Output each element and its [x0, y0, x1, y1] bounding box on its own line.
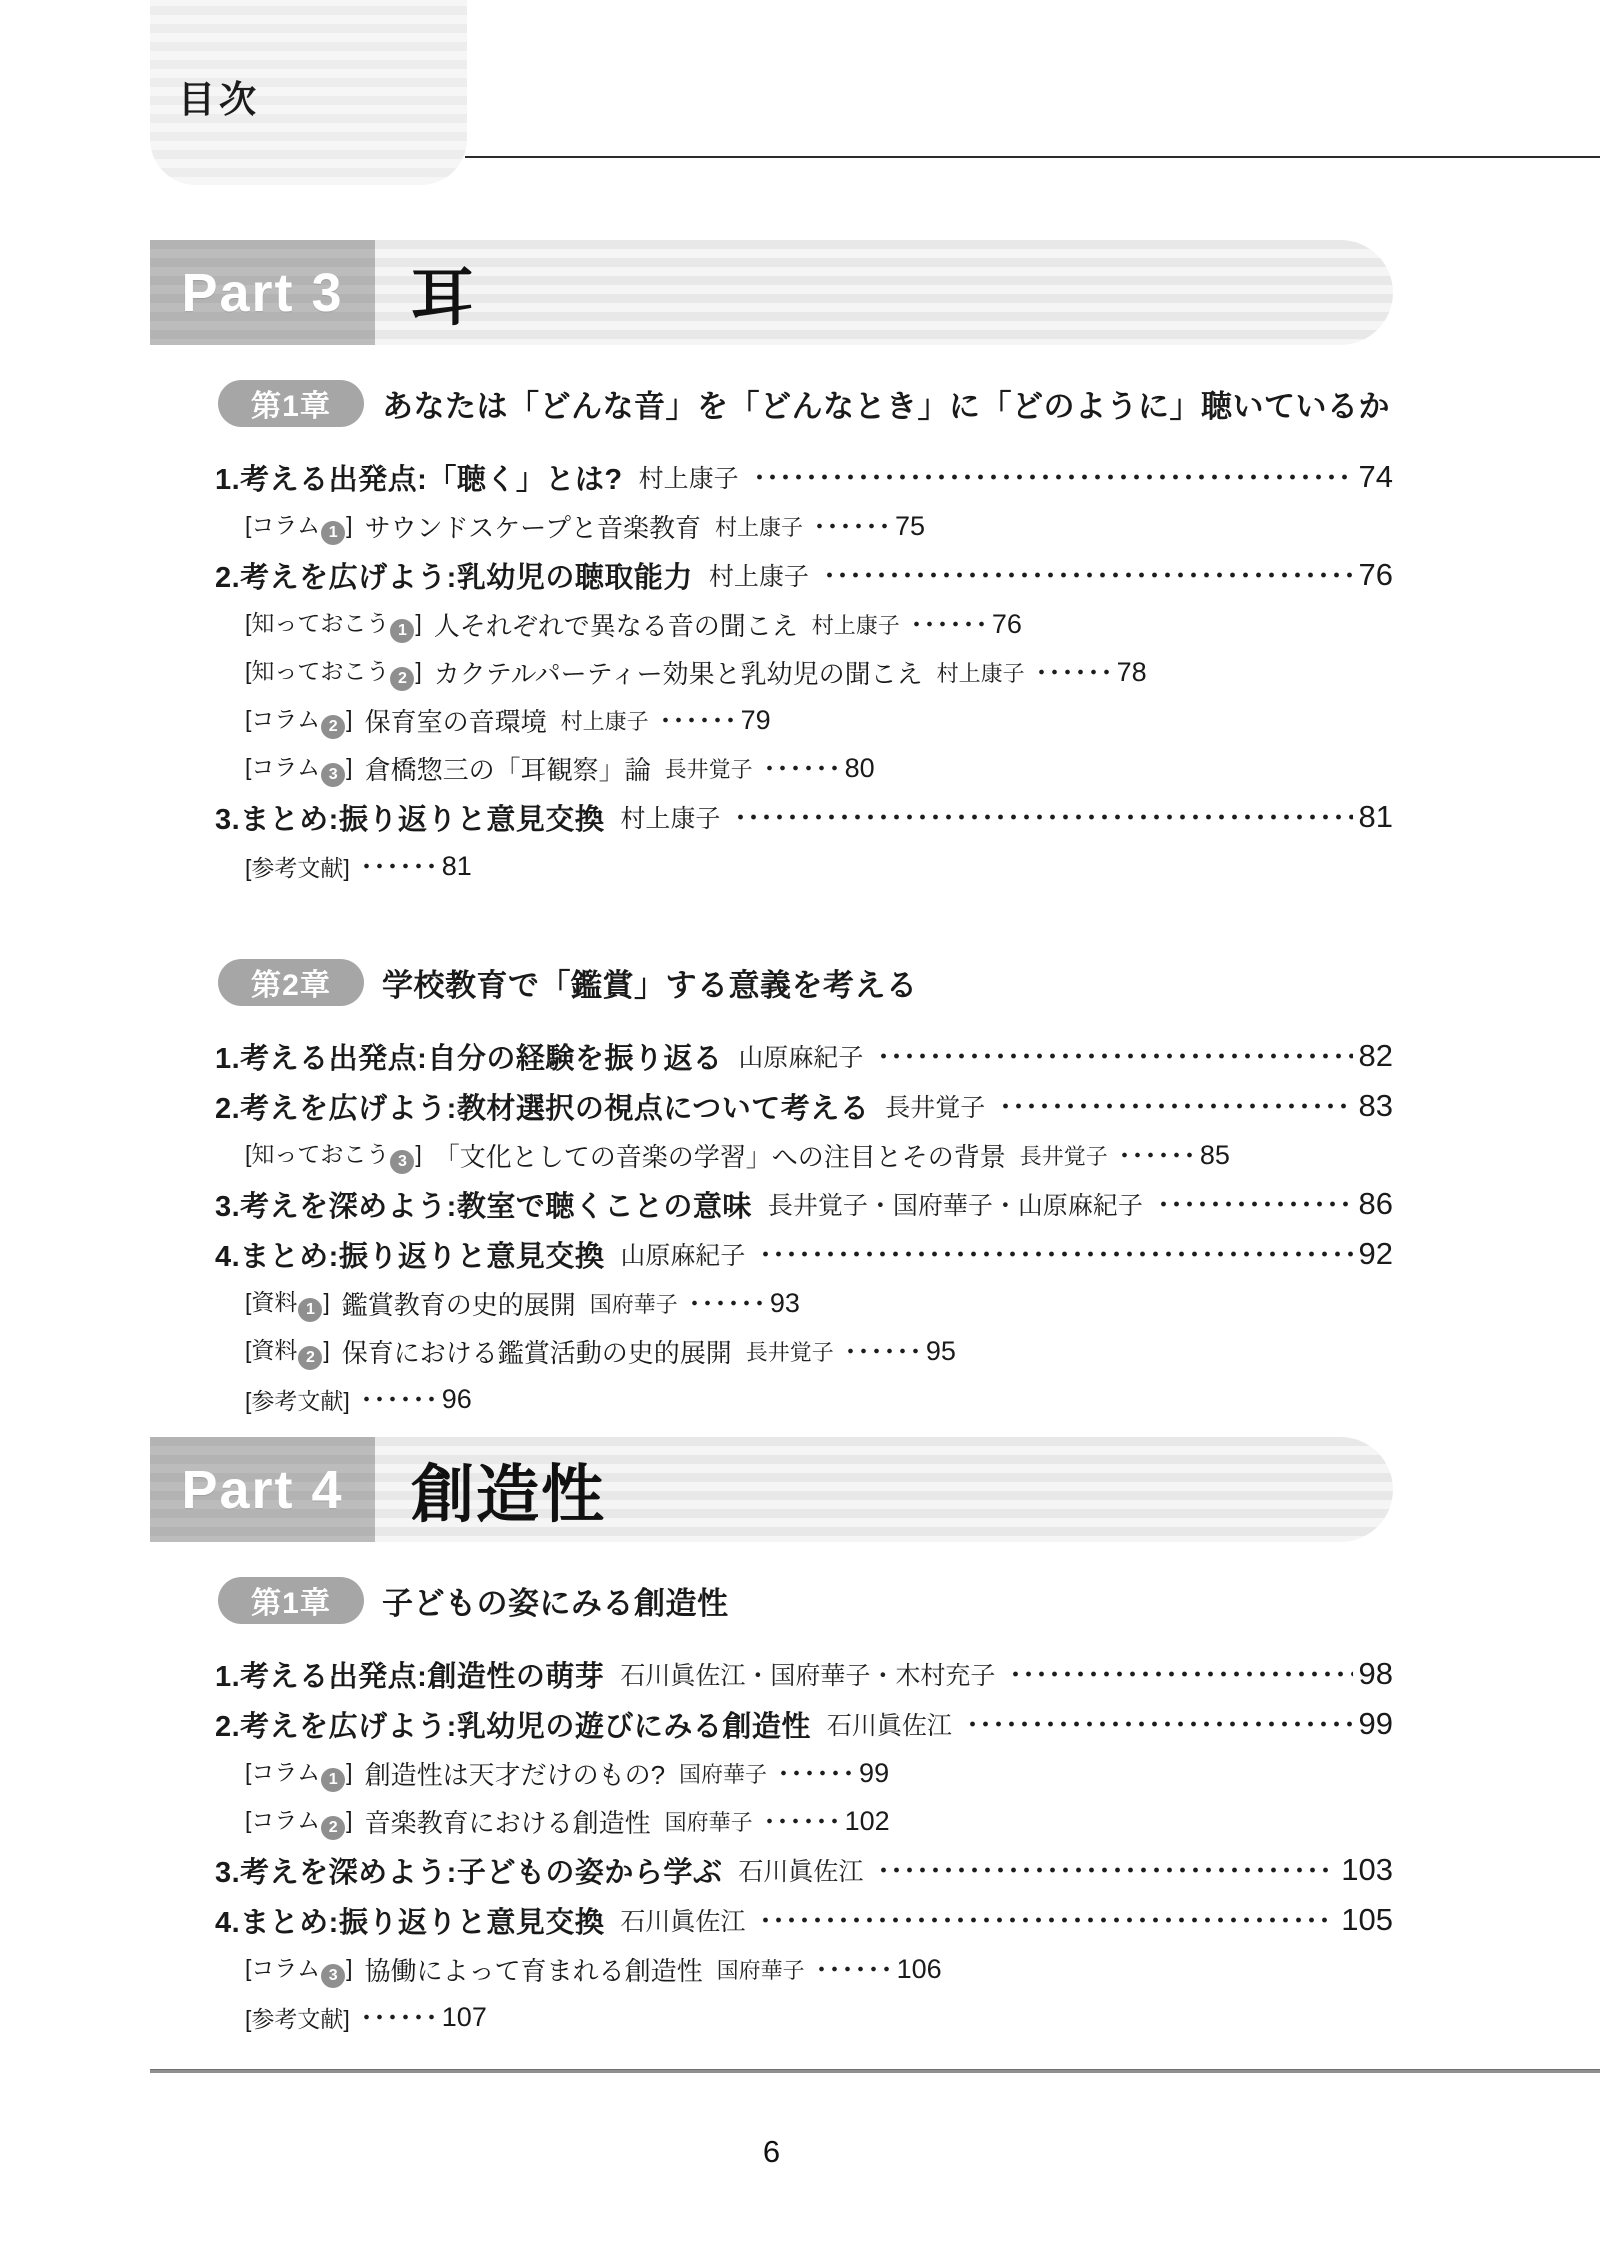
subentry-title: 創造性は天才だけのもの? — [365, 1755, 665, 1792]
subentry-page: 81 — [442, 851, 472, 882]
entry-author: 山原麻紀子 — [620, 1236, 745, 1272]
dot-leader — [759, 1913, 1335, 1927]
toc-entry: 2.考えを広げよう:乳幼児の遊びにみる創造性 石川眞佐江 99 — [215, 1699, 1393, 1749]
dot-leader — [777, 1766, 857, 1780]
subentry-title: 倉橋惣三の「耳観察」論 — [365, 750, 651, 787]
toc-entry: 1.考える出発点:「聴く」とは? 村上康子 74 — [215, 452, 1393, 502]
dot-leader — [759, 1247, 1352, 1261]
subentry-tag: [コラム1] — [245, 507, 353, 545]
entry-page: 98 — [1359, 1656, 1393, 1692]
chapter-heading: 第1章 あなたは「どんな音」を「どんなとき」に「どのように」聴いているか — [218, 379, 1393, 427]
subentry-tag: [コラム2] — [245, 1802, 353, 1840]
entry-title: 3.考えを深めよう:教室で聴くことの意味 — [215, 1184, 752, 1225]
circled-number: 2 — [321, 1816, 345, 1840]
entry-author: 村上康子 — [639, 459, 739, 495]
entry-title: 2.考えを広げよう:乳幼児の遊びにみる創造性 — [215, 1704, 811, 1745]
subentry-tag: [コラム1] — [245, 1754, 353, 1792]
subentry-author: 長井覚子 — [746, 1336, 834, 1367]
dot-leader — [844, 1344, 924, 1358]
circled-number: 3 — [321, 763, 345, 787]
entry-page: 103 — [1341, 1852, 1393, 1888]
footer-rule — [150, 2069, 1600, 2073]
circled-number: 2 — [390, 667, 414, 691]
subentry-title: 協働によって育まれる創造性 — [365, 1951, 703, 1988]
entry-title: 1.考える出発点:「聴く」とは? — [215, 457, 623, 498]
dot-leader — [813, 519, 893, 533]
toc-entry: 2.考えを広げよう:乳幼児の聴取能力 村上康子 76 — [215, 550, 1393, 600]
subentry-page: 76 — [992, 609, 1022, 640]
dot-leader — [999, 1099, 1352, 1113]
circled-number: 3 — [390, 1150, 414, 1174]
entry-page: 82 — [1359, 1038, 1393, 1074]
dot-leader — [1009, 1667, 1352, 1681]
entry-list: 1.考える出発点:「聴く」とは? 村上康子 74 [コラム1] サウンドスケープ… — [150, 452, 1393, 890]
subentry-author: 国府華子 — [717, 1954, 805, 1985]
entry-page: 99 — [1359, 1706, 1393, 1742]
subentry-page: 75 — [895, 511, 925, 542]
dot-leader — [877, 1049, 1352, 1063]
dot-leader — [877, 1863, 1335, 1877]
toc-entry: 1.考える出発点:創造性の萌芽 石川眞佐江・国府華子・木村充子 98 — [215, 1649, 1393, 1699]
subentry-page: 79 — [741, 705, 771, 736]
entry-title: 2.考えを広げよう:教材選択の視点について考える — [215, 1086, 869, 1127]
toc-subentry: [コラム2] 音楽教育における創造性 国府華子 102 — [245, 1797, 1393, 1845]
dot-leader — [753, 470, 1353, 484]
subentry-page: 78 — [1117, 657, 1147, 688]
entry-title: 1.考える出発点:創造性の萌芽 — [215, 1654, 604, 1695]
toc-content: Part 3 耳 第1章 あなたは「どんな音」を「どんなとき」に「どのように」聴… — [150, 240, 1393, 2041]
entry-list: 1.考える出発点:創造性の萌芽 石川眞佐江・国府華子・木村充子 98 2.考えを… — [150, 1649, 1393, 2041]
subentry-author: 長井覚子 — [1020, 1140, 1108, 1171]
toc-subentry: [コラム1] サウンドスケープと音楽教育 村上康子 75 — [245, 502, 1393, 550]
subentry-title: サウンドスケープと音楽教育 — [365, 508, 701, 545]
entry-list: 1.考える出発点:自分の経験を振り返る 山原麻紀子 82 2.考えを広げよう:教… — [150, 1031, 1393, 1423]
reference-tag: [参考文献] — [245, 1383, 350, 1416]
subentry-page: 95 — [926, 1336, 956, 1367]
subentry-title: 保育室の音環境 — [365, 702, 547, 739]
toc-entry: 4.まとめ:振り返りと意見交換 山原麻紀子 92 — [215, 1229, 1393, 1279]
entry-author: 石川眞佐江 — [620, 1902, 745, 1938]
toc-entry: 4.まとめ:振り返りと意見交換 石川眞佐江 105 — [215, 1895, 1393, 1945]
entry-title: 4.まとめ:振り返りと意見交換 — [215, 1234, 604, 1275]
circled-number: 1 — [390, 619, 414, 643]
toc-header-tab: 目次 — [150, 0, 467, 185]
subentry-tag: [コラム3] — [245, 1950, 353, 1988]
toc-reference: [参考文献] 107 — [245, 1993, 1393, 2041]
part-label: Part 4 — [181, 1459, 343, 1521]
entry-author: 長井覚子・国府華子・山原麻紀子 — [768, 1186, 1143, 1222]
toc-entry: 1.考える出発点:自分の経験を振り返る 山原麻紀子 82 — [215, 1031, 1393, 1081]
subentry-author: 長井覚子 — [665, 753, 753, 784]
subentry-tag: [知っておこう2] — [245, 653, 422, 691]
chapter-title: あなたは「どんな音」を「どんなとき」に「どのように」聴いているか — [382, 381, 1390, 426]
circled-number: 2 — [298, 1346, 322, 1370]
toc-reference: [参考文献] 96 — [245, 1375, 1393, 1423]
part-band: Part 3 耳 — [150, 240, 1393, 345]
dot-leader — [815, 1962, 895, 1976]
dot-leader — [1118, 1148, 1198, 1162]
subentry-tag: [知っておこう3] — [245, 1136, 422, 1174]
subentry-tag: [知っておこう1] — [245, 605, 422, 643]
part-label-box: Part 4 — [150, 1437, 375, 1542]
entry-page: 81 — [1359, 799, 1393, 835]
subentry-page: 106 — [897, 1954, 942, 1985]
dot-leader — [966, 1717, 1353, 1731]
dot-leader — [734, 810, 1352, 824]
dot-leader — [763, 1814, 843, 1828]
circled-number: 1 — [321, 521, 345, 545]
entry-author: 村上康子 — [620, 799, 720, 835]
part-label-box: Part 3 — [150, 240, 375, 345]
chapter-heading: 第2章 学校教育で「鑑賞」する意義を考える — [218, 958, 1393, 1006]
entry-author: 村上康子 — [709, 557, 809, 593]
entry-page: 76 — [1359, 557, 1393, 593]
toc-subentry: [コラム3] 倉橋惣三の「耳観察」論 長井覚子 80 — [245, 744, 1393, 792]
subentry-tag: [コラム2] — [245, 701, 353, 739]
part-title: 耳 — [411, 247, 476, 338]
part-title: 創造性 — [411, 1444, 606, 1535]
entry-author: 山原麻紀子 — [738, 1038, 863, 1074]
toc-reference: [参考文献] 81 — [245, 842, 1393, 890]
subentry-tag: [コラム3] — [245, 749, 353, 787]
dot-leader — [360, 859, 440, 873]
dot-leader — [360, 2010, 440, 2024]
reference-tag: [参考文献] — [245, 2001, 350, 2034]
toc-entry: 2.考えを広げよう:教材選択の視点について考える 長井覚子 83 — [215, 1081, 1393, 1131]
chapter-title: 子どもの姿にみる創造性 — [382, 1578, 729, 1623]
entry-title: 3.考えを深めよう:子どもの姿から学ぶ — [215, 1850, 722, 1891]
chapter-badge: 第1章 — [218, 1577, 364, 1624]
subentry-author: 村上康子 — [561, 705, 649, 736]
part-band: Part 4 創造性 — [150, 1437, 1393, 1542]
chapter-badge: 第1章 — [218, 380, 364, 427]
toc-subentry: [資料1] 鑑賞教育の史的展開 国府華子 93 — [245, 1279, 1393, 1327]
page-number: 6 — [150, 2134, 1393, 2170]
subentry-title: 鑑賞教育の史的展開 — [342, 1285, 576, 1322]
subentry-page: 93 — [770, 1288, 800, 1319]
dot-leader — [688, 1296, 768, 1310]
entry-page: 74 — [1359, 459, 1393, 495]
dot-leader — [1157, 1197, 1353, 1211]
toc-entry: 3.まとめ:振り返りと意見交換 村上康子 81 — [215, 792, 1393, 842]
subentry-author: 国府華子 — [679, 1758, 767, 1789]
subentry-author: 村上康子 — [812, 609, 900, 640]
entry-author: 長井覚子 — [885, 1088, 985, 1124]
circled-number: 3 — [321, 1964, 345, 1988]
entry-author: 石川眞佐江 — [827, 1706, 952, 1742]
subentry-tag: [資料2] — [245, 1332, 330, 1370]
subentry-author: 国府華子 — [665, 1806, 753, 1837]
entry-page: 105 — [1341, 1902, 1393, 1938]
dot-leader — [360, 1392, 440, 1406]
entry-title: 1.考える出発点:自分の経験を振り返る — [215, 1036, 722, 1077]
chapter-title: 学校教育で「鑑賞」する意義を考える — [382, 960, 918, 1005]
entry-title: 2.考えを広げよう:乳幼児の聴取能力 — [215, 555, 693, 596]
circled-number: 1 — [298, 1298, 322, 1322]
toc-subentry: [知っておこう1] 人それぞれで異なる音の聞こえ 村上康子 76 — [245, 600, 1393, 648]
entry-author: 石川眞佐江・国府華子・木村充子 — [620, 1656, 995, 1692]
toc-subentry: [知っておこう3] 「文化としての音楽の学習」への注目とその背景 長井覚子 85 — [245, 1131, 1393, 1179]
toc-subentry: [資料2] 保育における鑑賞活動の史的展開 長井覚子 95 — [245, 1327, 1393, 1375]
subentry-page: 85 — [1200, 1140, 1230, 1171]
subentry-title: 人それぞれで異なる音の聞こえ — [434, 606, 798, 643]
subentry-author: 国府華子 — [590, 1288, 678, 1319]
subentry-title: カクテルパーティー効果と乳幼児の聞こえ — [434, 654, 923, 691]
toc-subentry: [コラム3] 協働によって育まれる創造性 国府華子 106 — [245, 1945, 1393, 1993]
dot-leader — [1035, 665, 1115, 679]
reference-tag: [参考文献] — [245, 850, 350, 883]
toc-entry: 3.考えを深めよう:教室で聴くことの意味 長井覚子・国府華子・山原麻紀子 86 — [215, 1179, 1393, 1229]
toc-subentry: [コラム2] 保育室の音環境 村上康子 79 — [245, 696, 1393, 744]
subentry-author: 村上康子 — [715, 511, 803, 542]
subentry-page: 80 — [845, 753, 875, 784]
subentry-title: 音楽教育における創造性 — [365, 1803, 651, 1840]
header-rule — [465, 156, 1600, 158]
chapter-heading: 第1章 子どもの姿にみる創造性 — [218, 1576, 1393, 1624]
toc-entry: 3.考えを深めよう:子どもの姿から学ぶ 石川眞佐江 103 — [215, 1845, 1393, 1895]
entry-title: 3.まとめ:振り返りと意見交換 — [215, 797, 604, 838]
chapter-badge: 第2章 — [218, 959, 364, 1006]
subentry-page: 96 — [442, 1384, 472, 1415]
toc-title: 目次 — [178, 69, 260, 123]
entry-page: 83 — [1359, 1088, 1393, 1124]
dot-leader — [763, 761, 843, 775]
subentry-author: 村上康子 — [937, 657, 1025, 688]
entry-title: 4.まとめ:振り返りと意見交換 — [215, 1900, 604, 1941]
entry-page: 86 — [1359, 1186, 1393, 1222]
part-label: Part 3 — [181, 262, 343, 324]
toc-subentry: [知っておこう2] カクテルパーティー効果と乳幼児の聞こえ 村上康子 78 — [245, 648, 1393, 696]
dot-leader — [910, 617, 990, 631]
dot-leader — [659, 713, 739, 727]
subentry-tag: [資料1] — [245, 1284, 330, 1322]
entry-page: 92 — [1359, 1236, 1393, 1272]
circled-number: 1 — [321, 1768, 345, 1792]
entry-author: 石川眞佐江 — [738, 1852, 863, 1888]
subentry-page: 102 — [845, 1806, 890, 1837]
subentry-title: 「文化としての音楽の学習」への注目とその背景 — [434, 1137, 1006, 1174]
dot-leader — [823, 568, 1353, 582]
subentry-title: 保育における鑑賞活動の史的展開 — [342, 1333, 732, 1370]
toc-subentry: [コラム1] 創造性は天才だけのもの? 国府華子 99 — [245, 1749, 1393, 1797]
circled-number: 2 — [321, 715, 345, 739]
subentry-page: 99 — [859, 1758, 889, 1789]
subentry-page: 107 — [442, 2002, 487, 2033]
